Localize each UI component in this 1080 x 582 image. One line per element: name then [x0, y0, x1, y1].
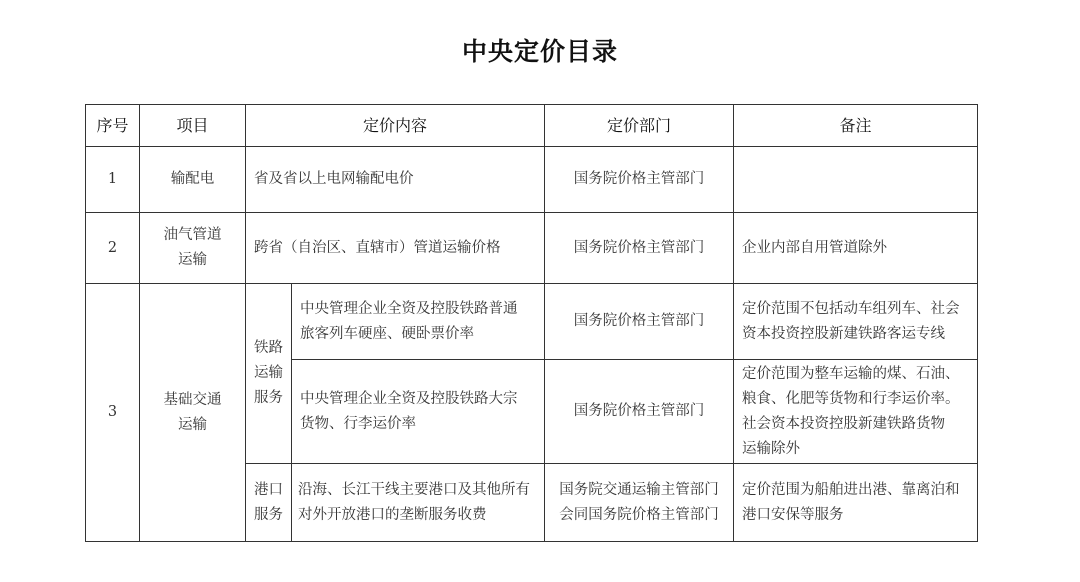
row-remarks: 定价范围不包括动车组列车、社会 资本投资控股新建铁路客运专线 — [734, 284, 978, 360]
table-row: 1 输配电 省及省以上电网输配电价 国务院价格主管部门 — [86, 147, 978, 213]
row-seq: 1 — [86, 147, 140, 213]
row-content: 省及省以上电网输配电价 — [246, 147, 545, 213]
row-department: 国务院价格主管部门 — [545, 284, 734, 360]
subgroup-port: 港口 服务 — [246, 464, 292, 542]
row-department: 国务院价格主管部门 — [545, 147, 734, 213]
item-line: 油气管道 — [140, 223, 245, 248]
row-department: 国务院价格主管部门 — [545, 360, 734, 464]
row-content: 中央管理企业全资及控股铁路普通 旅客列车硬座、硬卧票价率 — [292, 284, 545, 360]
item-line: 运输 — [140, 413, 245, 438]
table-row: 3 基础交通 运输 铁路 运输 服务 中央管理企业全资及控股铁路普通 旅客列车硬… — [86, 284, 978, 360]
row-seq: 2 — [86, 213, 140, 284]
header-seq: 序号 — [86, 105, 140, 147]
subgroup-railway: 铁路 运输 服务 — [246, 284, 292, 464]
header-content: 定价内容 — [246, 105, 545, 147]
header-item: 项目 — [140, 105, 246, 147]
row-department: 国务院价格主管部门 — [545, 213, 734, 284]
row-item: 输配电 — [140, 147, 246, 213]
table-row: 2 油气管道 运输 跨省（自治区、直辖市）管道运输价格 国务院价格主管部门 企业… — [86, 213, 978, 284]
page-title: 中央定价目录 — [0, 32, 1080, 68]
row-content: 沿海、长江干线主要港口及其他所有 对外开放港口的垄断服务收费 — [292, 464, 545, 542]
row-department: 国务院交通运输主管部门 会同国务院价格主管部门 — [545, 464, 734, 542]
table-header-row: 序号 项目 定价内容 定价部门 备注 — [86, 105, 978, 147]
header-department: 定价部门 — [545, 105, 734, 147]
row-remarks: 定价范围为整车运输的煤、石油、 粮食、化肥等货物和行李运价率。 社会资本投资控股… — [734, 360, 978, 464]
row-remarks — [734, 147, 978, 213]
row-content: 跨省（自治区、直辖市）管道运输价格 — [246, 213, 545, 284]
row-item: 基础交通 运输 — [140, 284, 246, 542]
row-remarks: 定价范围为船舶进出港、靠离泊和 港口安保等服务 — [734, 464, 978, 542]
row-remarks: 企业内部自用管道除外 — [734, 213, 978, 284]
item-line: 运输 — [140, 248, 245, 273]
header-remarks: 备注 — [734, 105, 978, 147]
row-item: 油气管道 运输 — [140, 213, 246, 284]
item-line: 基础交通 — [140, 388, 245, 413]
row-content: 中央管理企业全资及控股铁路大宗 货物、行李运价率 — [292, 360, 545, 464]
row-seq: 3 — [86, 284, 140, 542]
central-pricing-catalog-table: 序号 项目 定价内容 定价部门 备注 1 输配电 省及省以上电网输配电价 国务院… — [85, 104, 978, 542]
